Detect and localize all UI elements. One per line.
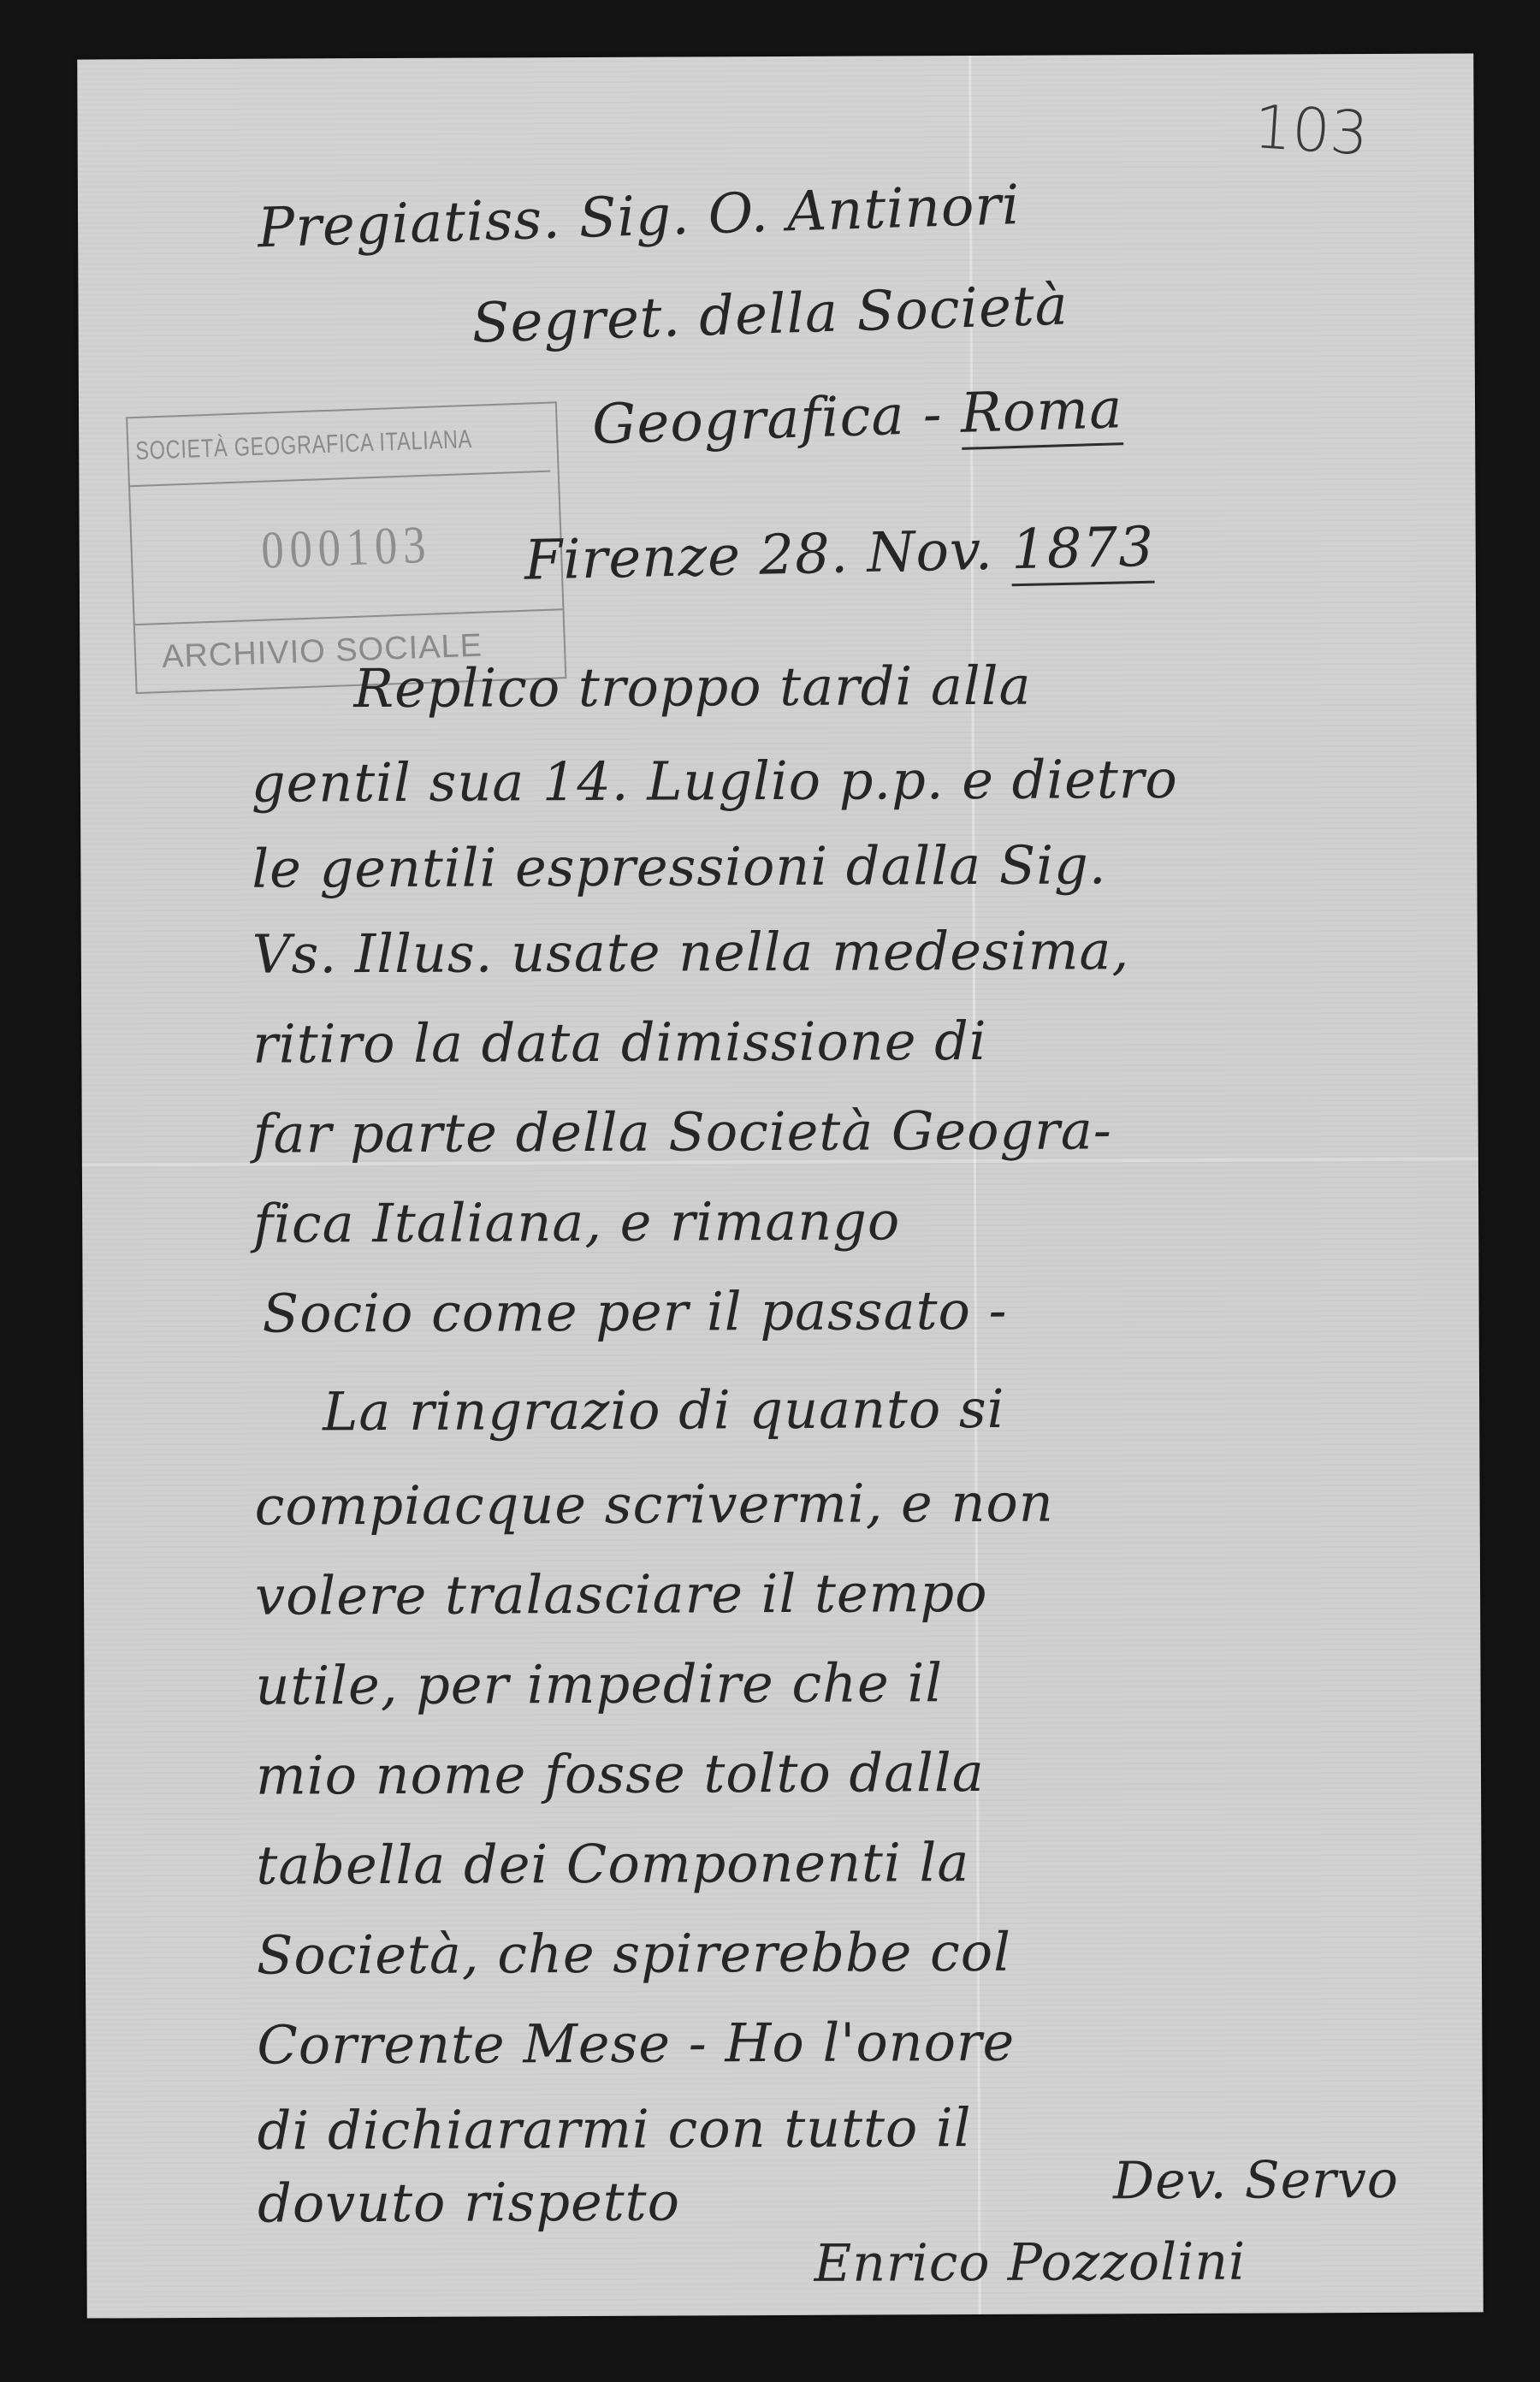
body-line: tabella dei Componenti la [256,1831,969,1897]
address-society-word: Geografica - [591,383,943,457]
date-line: Firenze 28. Nov. 1873 [524,516,1155,593]
body-line: Società, che spirerebbe col [257,1921,1011,1987]
address-line-2: Segret. della Società [471,274,1069,355]
date-year: 1873 [1010,516,1155,587]
date-day-month: 28. Nov. [758,519,993,588]
body-line: Corrente Mese - Ho l'onore [257,2011,1015,2077]
body-line: far parte della Società Geogra- [253,1099,1112,1164]
address-city: Roma [960,377,1124,450]
body-line: Replico troppo tardi alla [353,655,1031,720]
body-line: fica Italiana, e rimango [253,1189,900,1254]
body-line: utile, per impedire che il [255,1651,943,1717]
body-line: La ringrazio di quanto si [323,1378,1005,1443]
letter-page: 103 SOCIETÀ GEOGRAFICA ITALIANA 000103 A… [77,53,1484,2318]
body-line: Socio come per il passato - [262,1279,1007,1345]
closing-formula: Dev. Servo [1113,2150,1399,2211]
address-line-1: Pregiatiss. Sig. O. Antinori [257,174,1021,260]
body-line: ritiro la data dimissione di [252,1010,987,1075]
folio-number: 103 [1252,92,1371,169]
stamp-number: 000103 [163,473,530,623]
date-place: Firenze [524,524,742,593]
body-line: volere tralasciare il tempo [255,1561,988,1627]
body-line: le gentili espressioni dalla Sig. [252,833,1106,899]
body-line: compiacque scrivermi, e non [254,1472,1053,1538]
archive-stamp: SOCIETÀ GEOGRAFICA ITALIANA 000103 ARCHI… [126,401,566,694]
address-line-3: Geografica - Roma [591,377,1123,457]
body-line: gentil sua 14. Luglio p.p. e dietro [252,748,1178,815]
signature: Enrico Pozzolini [814,2232,1246,2294]
body-line: dovuto rispetto [258,2171,680,2235]
body-line: Vs. Illus. usate nella medesima, [252,919,1130,985]
body-line: mio nome fosse tolto dalla [256,1741,985,1807]
body-line: di dichiararmi con tutto il [258,2096,972,2162]
